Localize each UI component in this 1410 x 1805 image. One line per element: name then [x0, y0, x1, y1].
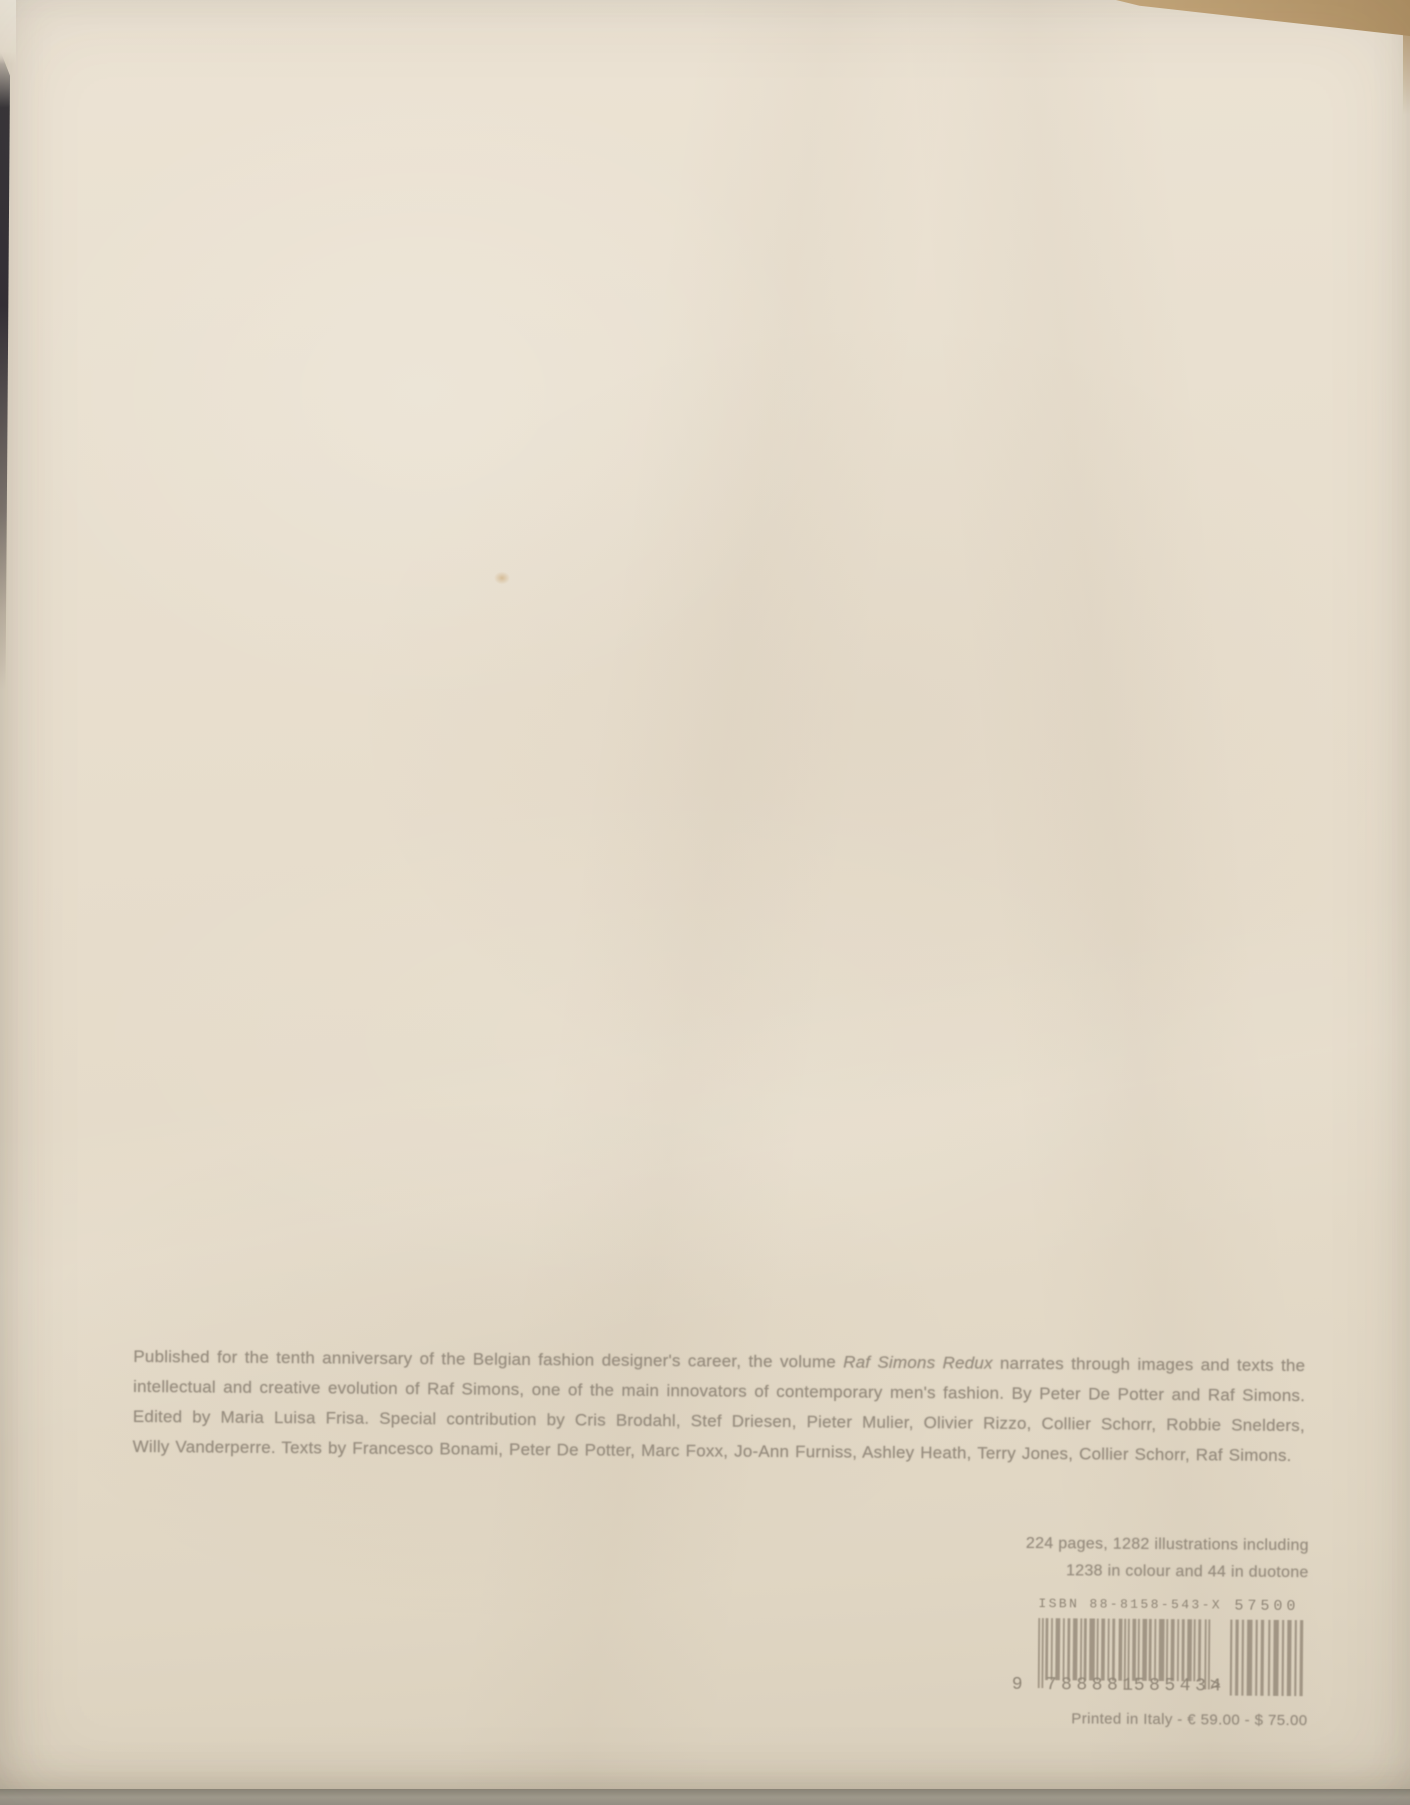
barcode-chevron: >	[1210, 1676, 1221, 1696]
book-back-cover-photo: Published for the tenth anniversary of t…	[0, 0, 1410, 1805]
blurb-text: Published for the tenth anniversary of t…	[133, 1347, 843, 1372]
barcode-addon-code: 57500	[1234, 1598, 1299, 1616]
specs-block: 224 pages, 1282 illustrations including …	[889, 1529, 1309, 1586]
blurb-paragraph: Published for the tenth anniversary of t…	[133, 1342, 1306, 1471]
barcode-digit-lead: 9	[1012, 1675, 1027, 1695]
imprint-line: Printed in Italy - € 59.00 - $ 75.00	[887, 1709, 1307, 1729]
specs-illustrations: 1238 in colour and 44 in duotone	[889, 1556, 1309, 1586]
book-title-italic: Raf Simons Redux	[843, 1353, 993, 1373]
addon-barcode	[1230, 1620, 1305, 1697]
printed-content: Published for the tenth anniversary of t…	[0, 0, 1410, 1799]
background-right-edge	[1403, 20, 1410, 115]
blurb-text: narrates through images and texts the	[993, 1354, 1306, 1375]
specs-pages: 224 pages, 1282 illustrations including	[889, 1529, 1309, 1559]
isbn-number: ISBN 88-8158-543-X	[1038, 1596, 1222, 1612]
barcode-digits-group1: 788881	[1046, 1675, 1138, 1696]
back-cover-paper: Published for the tenth anniversary of t…	[0, 0, 1410, 1789]
top-left-paper-edge	[0, 0, 16, 64]
